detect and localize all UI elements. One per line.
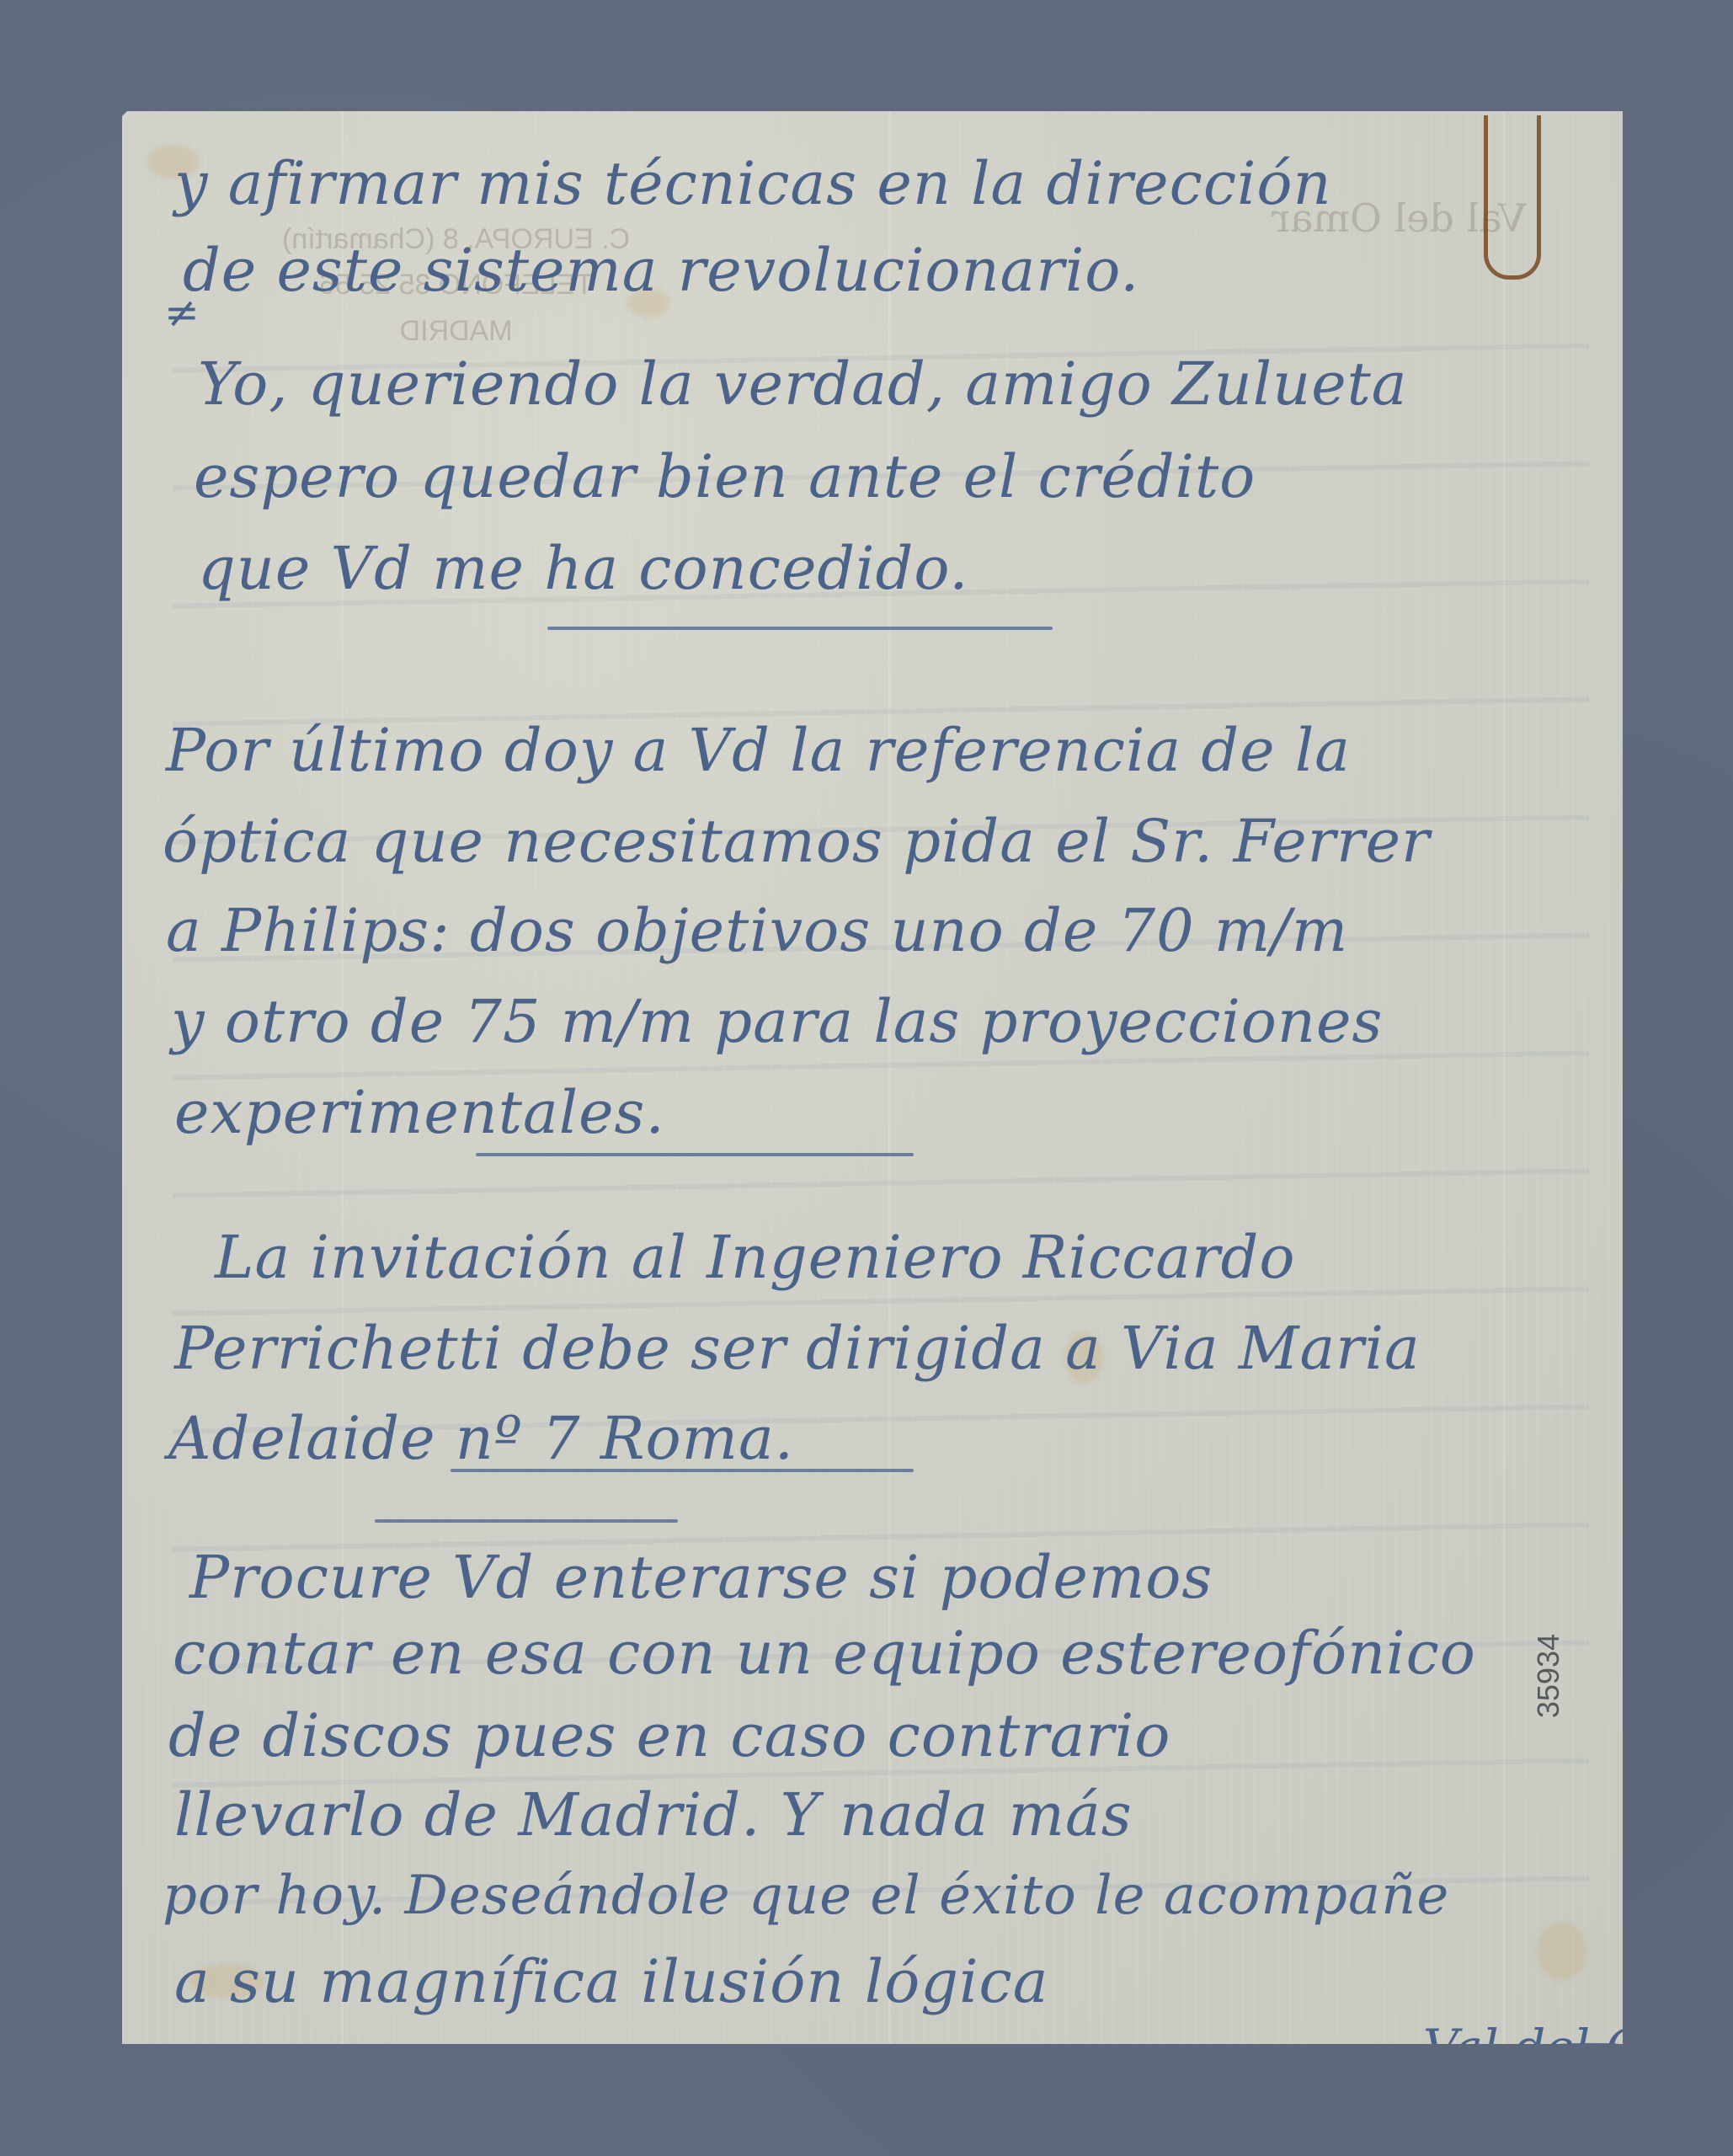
letter-line-19: a su magnífica ilusión lógica xyxy=(174,1947,1048,2016)
letter-line-13: Adelaide nº 7 Roma. xyxy=(168,1404,794,1473)
paperclip-rust-mark xyxy=(1484,115,1541,280)
letterhead-city: MADRID xyxy=(282,308,630,354)
letter-line-16: de discos pues en caso contrario xyxy=(168,1701,1170,1770)
letter-sheet: C. EUROPA, 8 (Chamartín) TELEFONO 35 25 … xyxy=(122,111,1623,2044)
section-divider xyxy=(375,1519,678,1523)
letter-line-18: por hoy. Deseándole que el éxito le acom… xyxy=(163,1865,1449,1927)
letter-line-5: que Vd me ha concedido. xyxy=(198,534,969,603)
letter-line-15: contar en esa con un equipo estereofónic… xyxy=(173,1619,1476,1688)
letter-line-6: Por último doy a Vd la referencia de la xyxy=(166,716,1351,785)
letter-line-11: La invitación al Ingeniero Riccardo xyxy=(215,1223,1296,1292)
letter-line-14: Procure Vd enterarse si podemos xyxy=(189,1543,1213,1612)
letter-line-9: y otro de 75 m/m para las proyecciones xyxy=(171,987,1383,1056)
section-divider xyxy=(476,1153,914,1156)
section-divider xyxy=(451,1469,914,1472)
letter-line-10: experimentales. xyxy=(174,1078,665,1147)
letter-line-2: de este sistema revolucionario. xyxy=(183,236,1139,305)
letter-line-4: espero quedar bien ante el crédito xyxy=(194,442,1256,511)
letter-line-8: a Philips: dos objetivos uno de 70 m/m xyxy=(166,896,1348,965)
letter-line-7: óptica que necesitamos pida el Sr. Ferre… xyxy=(163,807,1431,876)
letter-line-17: llevarlo de Madrid. Y nada más xyxy=(174,1780,1133,1849)
archive-reference-number: 35934 xyxy=(1531,1634,1566,1718)
margin-mark: ≠ xyxy=(164,288,200,337)
letter-line-12: Perrichetti debe ser dirigida a Via Mari… xyxy=(174,1314,1421,1383)
letter-line-1: y afirmar mis técnicas en la dirección xyxy=(174,149,1332,218)
letter-line-3: Yo, queriendo la verdad, amigo Zulueta xyxy=(198,350,1408,419)
section-divider xyxy=(547,627,1053,630)
